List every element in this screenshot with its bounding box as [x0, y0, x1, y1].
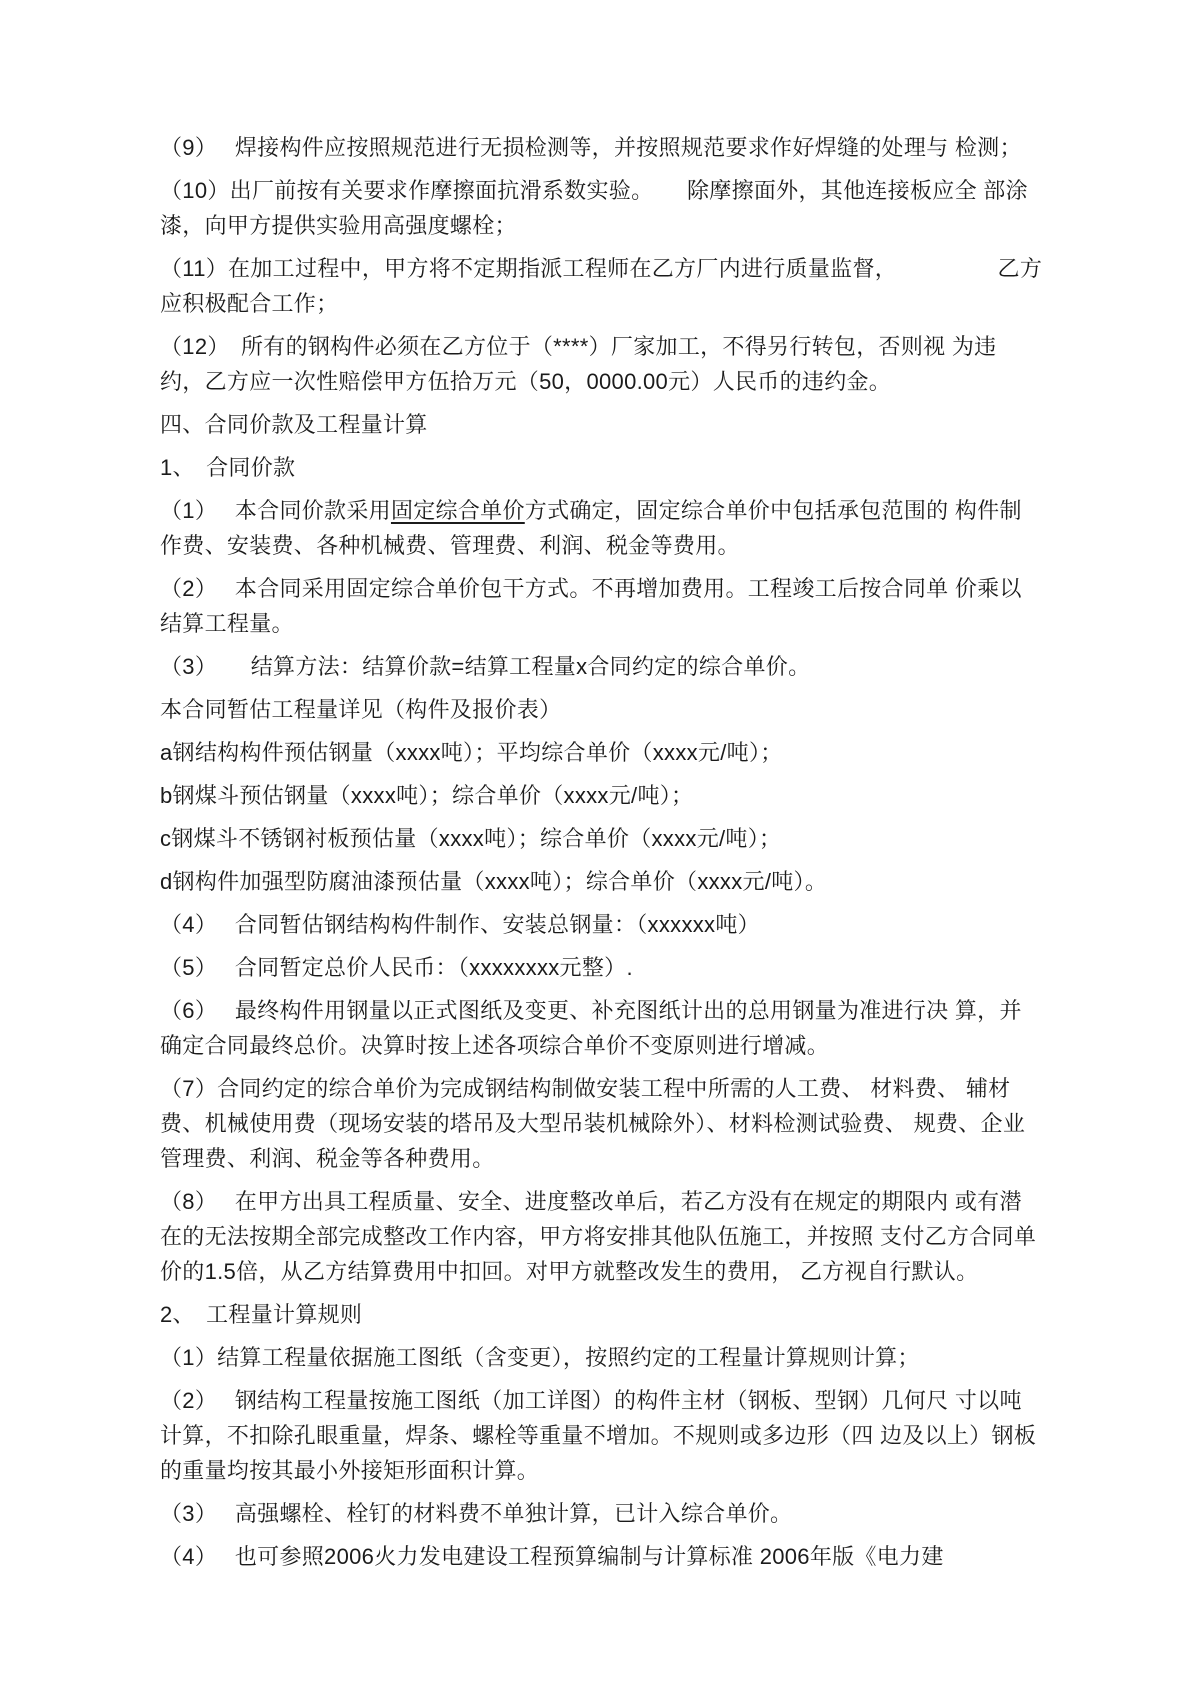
heading-line: 2、 工程量计算规则: [160, 1297, 1054, 1332]
clause-9: （9） 焊接构件应按照规范进行无损检测等，并按照规范要求作好焊缝的处理与 检测；: [160, 130, 1054, 165]
text-segment: （1） 本合同价款采用: [160, 498, 391, 523]
text-line: （5） 合同暂定总价人民币：（xxxxxxxx元整）.: [160, 950, 1054, 985]
text-line: （1）结算工程量依据施工图纸（含变更），按照约定的工程量计算规则计算；: [160, 1340, 1054, 1375]
price-clause-1: （1） 本合同价款采用固定综合单价方式确定，固定综合单价中包括承包范围的 构件制…: [160, 493, 1054, 563]
text-line: 的重量均按其最小外接矩形面积计算。: [160, 1453, 1054, 1488]
estimate-item-d: d钢构件加强型防腐油漆预估量（xxxx吨）；综合单价（xxxx元/吨）。: [160, 864, 1054, 899]
text-line: （2） 钢结构工程量按施工图纸（加工详图）的构件主材（钢板、型钢）几何尺 寸以吨: [160, 1383, 1054, 1418]
text-line: （7）合同约定的综合单价为完成钢结构制做安装工程中所需的人工费、 材料费、 辅材: [160, 1071, 1054, 1106]
rule-clause-1: （1）结算工程量依据施工图纸（含变更），按照约定的工程量计算规则计算；: [160, 1340, 1054, 1375]
text-line: 约，乙方应一次性赔偿甲方伍拾万元（50，0000.00元）人民币的违约金。: [160, 364, 1054, 399]
text-line: 本合同暂估工程量详见（构件及报价表）: [160, 692, 1054, 727]
text-line: 确定合同最终总价。决算时按上述各项综合单价不变原则进行增减。: [160, 1028, 1054, 1063]
price-clause-8: （8） 在甲方出具工程质量、安全、进度整改单后，若乙方没有在规定的期限内 或有潜…: [160, 1184, 1054, 1289]
text-line: 在的无法按期全部完成整改工作内容，甲方将安排其他队伍施工，并按照 支付乙方合同单: [160, 1219, 1054, 1254]
price-clause-7: （7）合同约定的综合单价为完成钢结构制做安装工程中所需的人工费、 材料费、 辅材…: [160, 1071, 1054, 1176]
section-4-heading: 四、合同价款及工程量计算: [160, 407, 1054, 442]
text-line: （3） 结算方法：结算价款=结算工程量x合同约定的综合单价。: [160, 649, 1054, 684]
text-line: （3） 高强螺栓、栓钉的材料费不单独计算，已计入综合单价。: [160, 1496, 1054, 1531]
clause-12: （12） 所有的钢构件必须在乙方位于（****）厂家加工，不得另行转包，否则视 …: [160, 329, 1054, 399]
price-clause-3: （3） 结算方法：结算价款=结算工程量x合同约定的综合单价。: [160, 649, 1054, 684]
estimate-item-a: a钢结构构件预估钢量（xxxx吨）；平均综合单价（xxxx元/吨）；: [160, 735, 1054, 770]
text-line: 管理费、利润、税金等各种费用。: [160, 1141, 1054, 1176]
clause-10: （10）出厂前按有关要求作摩擦面抗滑系数实验。 除摩擦面外，其他连接板应全 部涂…: [160, 173, 1054, 243]
document-page: （9） 焊接构件应按照规范进行无损检测等，并按照规范要求作好焊缝的处理与 检测；…: [0, 0, 1194, 1691]
price-clause-2: （2） 本合同采用固定综合单价包干方式。不再增加费用。工程竣工后按合同单 价乘以…: [160, 571, 1054, 641]
price-clause-4: （4） 合同暂估钢结构构件制作、安装总钢量：（xxxxxx吨）: [160, 907, 1054, 942]
text-line: 计算，不扣除孔眼重量，焊条、螺栓等重量不增加。不规则或多边形（四 边及以上）钢板: [160, 1418, 1054, 1453]
rule-clause-3: （3） 高强螺栓、栓钉的材料费不单独计算，已计入综合单价。: [160, 1496, 1054, 1531]
text-line: （10）出厂前按有关要求作摩擦面抗滑系数实验。 除摩擦面外，其他连接板应全 部涂: [160, 173, 1054, 208]
text-line: 费、机械使用费（现场安装的塔吊及大型吊装机械除外）、材料检测试验费、 规费、企业: [160, 1106, 1054, 1141]
text-line: d钢构件加强型防腐油漆预估量（xxxx吨）；综合单价（xxxx元/吨）。: [160, 864, 1054, 899]
rule-clause-4: （4） 也可参照2006火力发电建设工程预算编制与计算标准 2006年版《电力建: [160, 1539, 1054, 1574]
text-line: （4） 合同暂估钢结构构件制作、安装总钢量：（xxxxxx吨）: [160, 907, 1054, 942]
text-line: 价的1.5倍，从乙方结算费用中扣回。对甲方就整改发生的费用， 乙方视自行默认。: [160, 1254, 1054, 1289]
subsection-1-heading: 1、 合同价款: [160, 450, 1054, 485]
text-line: （6） 最终构件用钢量以正式图纸及变更、补充图纸计出的总用钢量为准进行决 算，并: [160, 993, 1054, 1028]
estimate-item-c: c钢煤斗不锈钢衬板预估量（xxxx吨）；综合单价（xxxx元/吨）；: [160, 821, 1054, 856]
text-line: 作费、安装费、各种机械费、管理费、利润、税金等费用。: [160, 528, 1054, 563]
heading-line: 四、合同价款及工程量计算: [160, 407, 1054, 442]
text-line: （4） 也可参照2006火力发电建设工程预算编制与计算标准 2006年版《电力建: [160, 1539, 1054, 1574]
price-clause-6: （6） 最终构件用钢量以正式图纸及变更、补充图纸计出的总用钢量为准进行决 算，并…: [160, 993, 1054, 1063]
text-line: （11）在加工过程中，甲方将不定期指派工程师在乙方厂内进行质量监督， 乙方: [160, 251, 1054, 286]
text-segment: 方式确定，固定综合单价中包括承包范围的 构件制: [525, 498, 1022, 523]
text-line: （9） 焊接构件应按照规范进行无损检测等，并按照规范要求作好焊缝的处理与 检测；: [160, 130, 1054, 165]
text-line: （12） 所有的钢构件必须在乙方位于（****）厂家加工，不得另行转包，否则视 …: [160, 329, 1054, 364]
text-line: a钢结构构件预估钢量（xxxx吨）；平均综合单价（xxxx元/吨）；: [160, 735, 1054, 770]
text-line: （2） 本合同采用固定综合单价包干方式。不再增加费用。工程竣工后按合同单 价乘以: [160, 571, 1054, 606]
text-line: b钢煤斗预估钢量（xxxx吨）；综合单价（xxxx元/吨）；: [160, 778, 1054, 813]
rule-clause-2: （2） 钢结构工程量按施工图纸（加工详图）的构件主材（钢板、型钢）几何尺 寸以吨…: [160, 1383, 1054, 1488]
text-line: 结算工程量。: [160, 606, 1054, 641]
text-line: c钢煤斗不锈钢衬板预估量（xxxx吨）；综合单价（xxxx元/吨）；: [160, 821, 1054, 856]
subsection-2-heading: 2、 工程量计算规则: [160, 1297, 1054, 1332]
estimate-intro: 本合同暂估工程量详见（构件及报价表）: [160, 692, 1054, 727]
text-line: （1） 本合同价款采用固定综合单价方式确定，固定综合单价中包括承包范围的 构件制: [160, 493, 1054, 528]
price-clause-5: （5） 合同暂定总价人民币：（xxxxxxxx元整）.: [160, 950, 1054, 985]
text-line: 应积极配合工作；: [160, 286, 1054, 321]
clause-11: （11）在加工过程中，甲方将不定期指派工程师在乙方厂内进行质量监督， 乙方 应积…: [160, 251, 1054, 321]
text-line: （8） 在甲方出具工程质量、安全、进度整改单后，若乙方没有在规定的期限内 或有潜: [160, 1184, 1054, 1219]
estimate-item-b: b钢煤斗预估钢量（xxxx吨）；综合单价（xxxx元/吨）；: [160, 778, 1054, 813]
heading-line: 1、 合同价款: [160, 450, 1054, 485]
text-line: 漆，向甲方提供实验用高强度螺栓；: [160, 208, 1054, 243]
underlined-term: 固定综合单价: [391, 498, 525, 523]
